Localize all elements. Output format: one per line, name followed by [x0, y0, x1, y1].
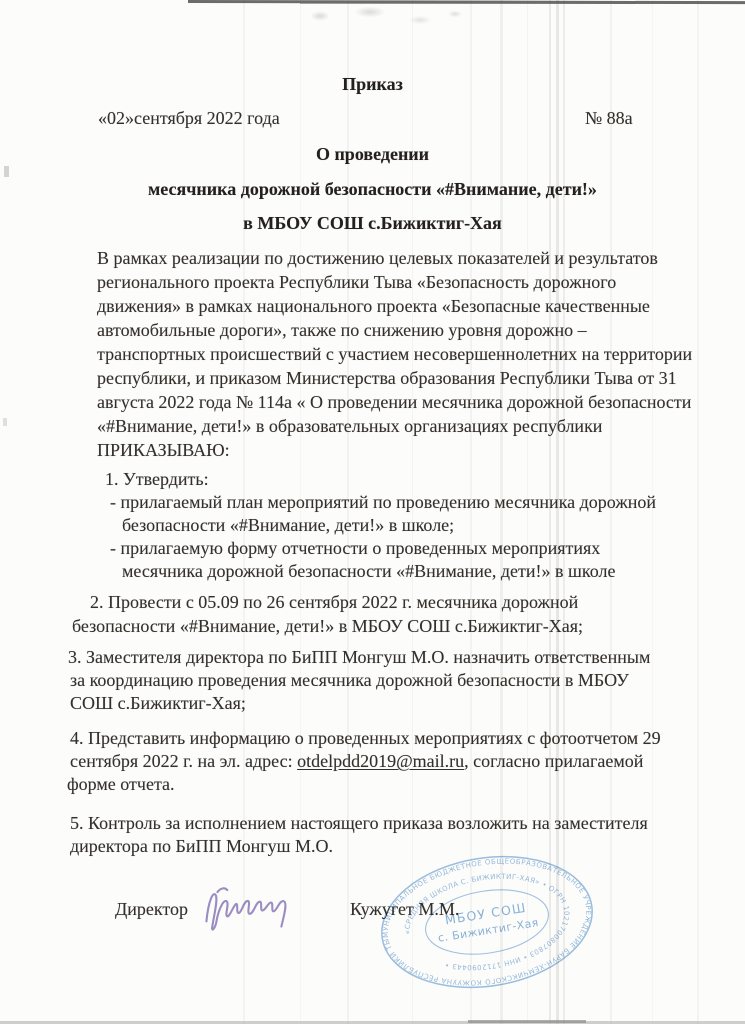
order-item-line: за координацию проведения месячника доро… — [70, 669, 650, 692]
school-round-stamp: МУНИЦИПАЛЬНОЕ БЮДЖЕТНОЕ ОБЩЕОБРАЗОВАТЕЛЬ… — [362, 835, 611, 1009]
scan-edge-mark — [4, 166, 9, 177]
scan-bottom-mark — [468, 1020, 586, 1023]
order-item-line: - прилагаемый план мероприятий по провед… — [110, 491, 656, 514]
order-item-line: сентября 2022 г. на эл. адрес: otdelpdd2… — [70, 750, 661, 773]
order-item-line: 2. Провести с 05.09 по 26 сентября 2022 … — [90, 590, 583, 614]
subject-line-2: месячника дорожной безопасности «#Вниман… — [0, 177, 745, 201]
scan-top-edge-2 — [300, 3, 745, 4]
preamble-line: «#Внимание, дети!» в образовательных орг… — [97, 414, 692, 438]
subject-line-3: в МБОУ СОШ с.Бижиктиг-Хая — [0, 211, 745, 235]
preamble-paragraph: В рамках реализации по достижению целевы… — [97, 246, 692, 462]
email-prefix-text: сентября 2022 г. на эл. адрес: — [70, 751, 297, 771]
handwritten-signature — [195, 870, 318, 940]
stamp-seal-icon: МУНИЦИПАЛЬНОЕ БЮДЖЕТНОЕ ОБЩЕОБРАЗОВАТЕЛЬ… — [362, 835, 611, 1009]
order-item-line: безопасности «#Внимание, дети!» в школе; — [122, 514, 656, 537]
preamble-line: В рамках реализации по достижению целевы… — [97, 246, 692, 270]
signature-scribble-icon — [195, 870, 318, 940]
order-item-2: 2. Провести с 05.09 по 26 сентября 2022 … — [90, 590, 583, 638]
order-item-line: - прилагаемую форму отчетности о проведе… — [110, 537, 656, 560]
order-item-line: 3. Заместителя директора по БиПП Монгуш … — [68, 646, 650, 669]
subject-line-1: О проведении — [0, 142, 745, 166]
preamble-line: августа 2022 года № 114а « О проведении … — [97, 390, 692, 414]
order-item-line: 5. Контроль за исполнением настоящего пр… — [70, 812, 648, 835]
signature-role-label: Директор — [115, 897, 188, 921]
document-date: «02»сентября 2022 года — [98, 106, 280, 130]
email-suffix-text: , согласно прилагаемой — [464, 751, 643, 771]
email-link[interactable]: otdelpdd2019@mail.ru — [297, 751, 464, 771]
order-item-line: 1. Утвердить: — [105, 468, 656, 491]
order-item-line: форме отчета. — [67, 773, 661, 796]
order-item-line: месячника дорожной безопасности «#Вниман… — [122, 560, 656, 583]
scan-top-edge — [188, 0, 745, 4]
document-number: № 88а — [585, 106, 633, 130]
preamble-line: транспортных происшествий с участием нес… — [97, 342, 692, 366]
order-item-4: 4. Представить информацию о проведенных … — [70, 727, 661, 796]
scanned-order-page: Приказ «02»сентября 2022 года № 88а О пр… — [0, 0, 745, 1024]
order-item-3: 3. Заместителя директора по БиПП Монгуш … — [68, 646, 650, 715]
document-title: Приказ — [0, 72, 745, 96]
preamble-line: движения» в рамках национального проекта… — [97, 294, 692, 318]
order-item-line: 4. Представить информацию о проведенных … — [70, 727, 661, 750]
scan-smudge — [290, 4, 480, 30]
order-item-1: 1. Утвердить: - прилагаемый план меропри… — [105, 468, 656, 583]
scan-edge-mark — [3, 418, 7, 426]
preamble-line: республики, и приказом Министерства обра… — [97, 366, 692, 390]
resolution-word: ПРИКАЗЫВАЮ: — [97, 438, 692, 462]
preamble-line: автомобильные дороги», также по снижению… — [97, 318, 692, 342]
order-item-line: безопасности «#Внимание, дети!» в МБОУ С… — [72, 614, 583, 638]
preamble-line: регионального проекта Республики Тыва «Б… — [97, 270, 692, 294]
order-item-line: СОШ с.Бижиктиг-Хая; — [70, 692, 650, 715]
